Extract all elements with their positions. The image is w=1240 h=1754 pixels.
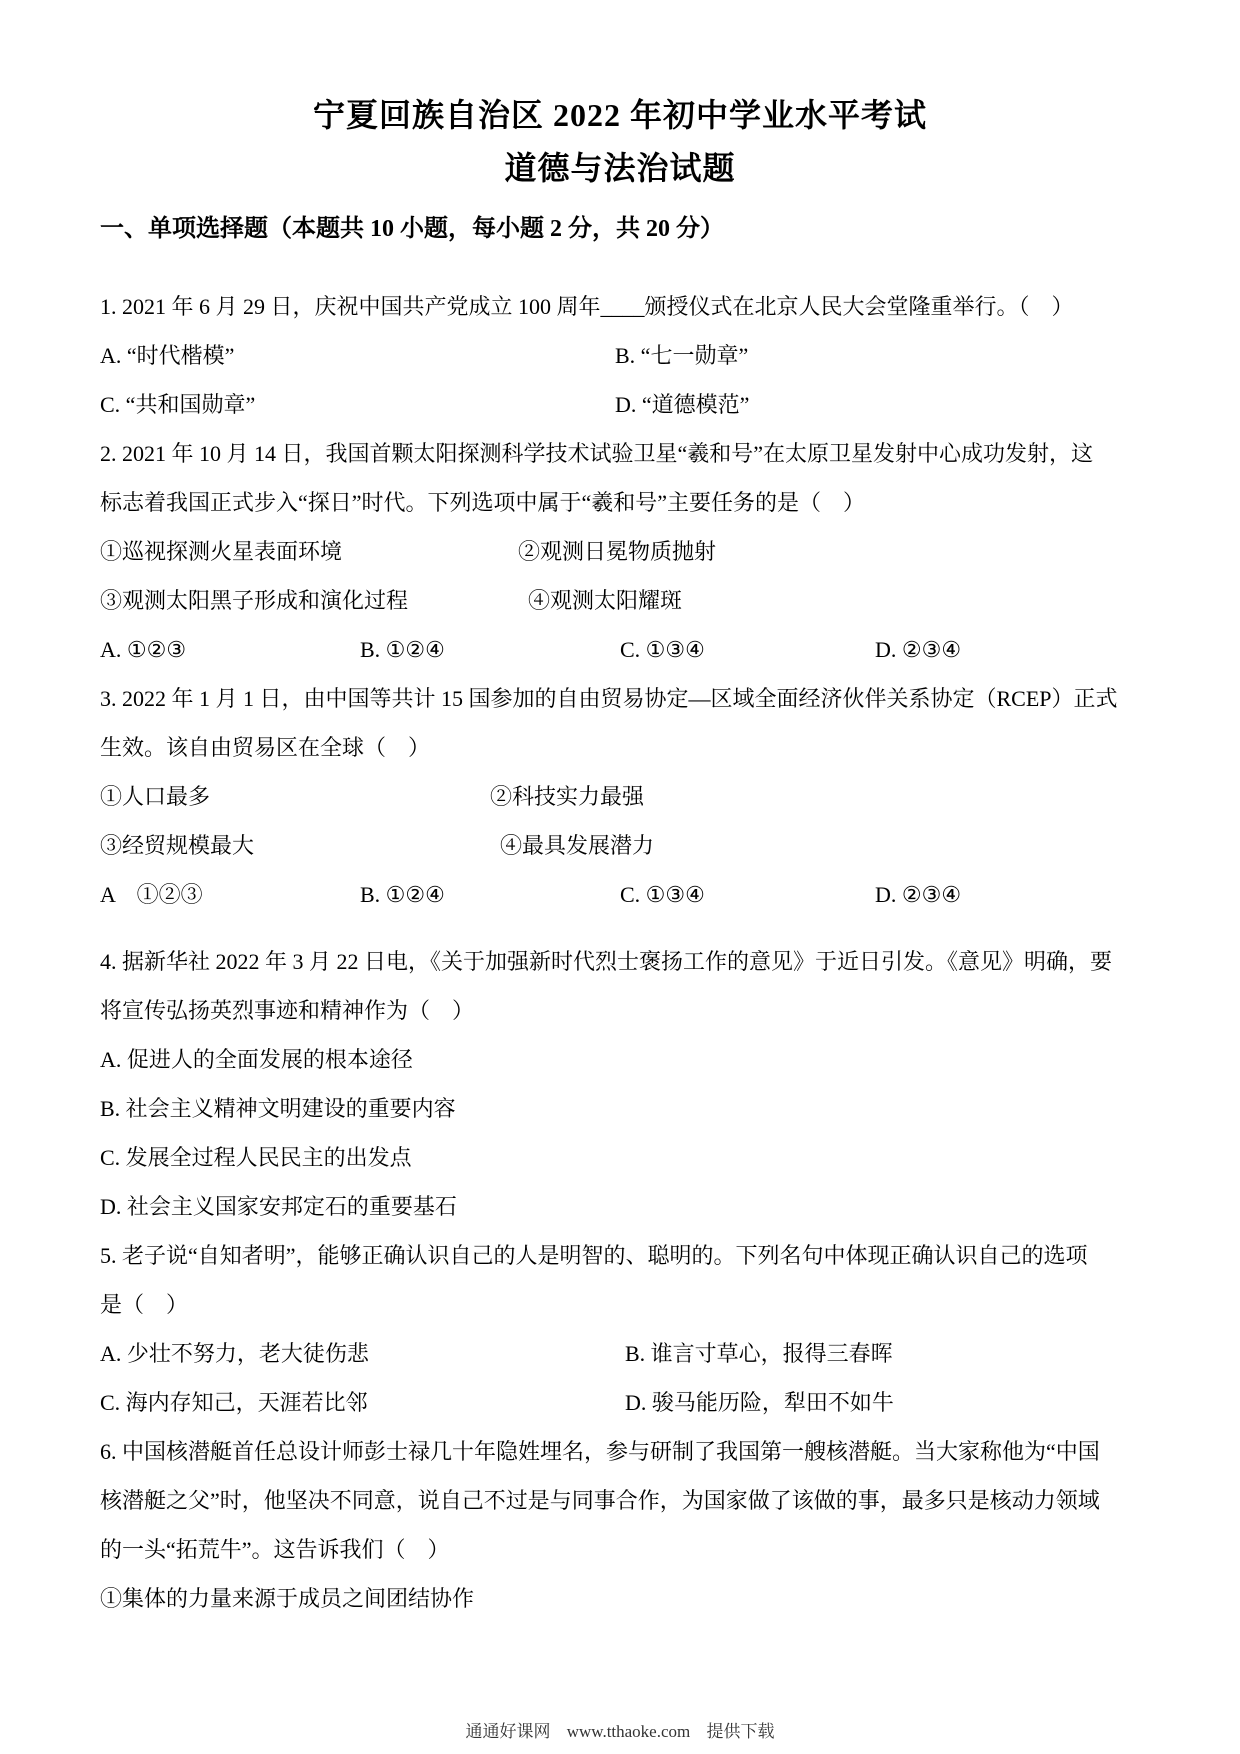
exam-body: 一、单项选择题（本题共 10 小题，每小题 2 分，共 20 分） 1. 202… bbox=[100, 188, 1180, 1623]
question-3-statement-1: ①人口最多 bbox=[100, 784, 210, 809]
question-3-stem-line-1: 3. 2022 年 1 月 1 日，由中国等共计 15 国参加的自由贸易协定—区… bbox=[100, 674, 1180, 723]
question-3-statement-3: ③经贸规模最大 bbox=[100, 833, 254, 858]
question-5-options-row-ab: A. 少壮不努力，老大徒伤悲 B. 谁言寸草心，报得三春晖 bbox=[100, 1329, 1180, 1378]
question-5-option-c: C. 海内存知己，天涯若比邻 bbox=[100, 1390, 368, 1415]
question-1-option-a: A. “时代楷模” bbox=[100, 343, 234, 368]
question-2-statement-4: ④观测太阳耀斑 bbox=[528, 576, 682, 625]
question-3-option-b: B. ①②④ bbox=[360, 870, 445, 919]
question-1-stem: 1. 2021 年 6 月 29 日，庆祝中国共产党成立 100 周年____颁… bbox=[100, 282, 1180, 331]
question-1-option-b: B. “七一勋章” bbox=[615, 331, 748, 380]
question-3-answer-row: A ①②③ B. ①②④ C. ①③④ D. ②③④ bbox=[100, 870, 1180, 919]
question-5-stem-line-2: 是（ ） bbox=[100, 1280, 1180, 1329]
page-footer: 通通好课网 www.tthaoke.com 提供下载 bbox=[0, 1722, 1240, 1742]
question-6-stem-line-1: 6. 中国核潜艇首任总设计师彭士禄几十年隐姓埋名，参与研制了我国第一艘核潜艇。当… bbox=[100, 1427, 1180, 1476]
footer-download-note: 提供下载 bbox=[707, 1722, 775, 1741]
question-2-stem-line-1: 2. 2021 年 10 月 14 日，我国首颗太阳探测科学技术试验卫星“羲和号… bbox=[100, 429, 1180, 478]
document-page: 宁夏回族自治区 2022 年初中学业水平考试 道德与法治试题 一、单项选择题（本… bbox=[0, 0, 1240, 1754]
question-2-statements-row-2: ③观测太阳黑子形成和演化过程 ④观测太阳耀斑 bbox=[100, 576, 1180, 625]
question-1-options-row-ab: A. “时代楷模” B. “七一勋章” bbox=[100, 331, 1180, 380]
question-2-option-a: A. ①②③ bbox=[100, 637, 186, 662]
question-3-statements-row-2: ③经贸规模最大 ④最具发展潜力 bbox=[100, 821, 1180, 870]
question-3-option-a: A ①②③ bbox=[100, 882, 203, 907]
question-2-stem-line-2: 标志着我国正式步入“探日”时代。下列选项中属于“羲和号”主要任务的是（ ） bbox=[100, 478, 1180, 527]
question-1-option-c: C. “共和国勋章” bbox=[100, 392, 255, 417]
section-heading: 一、单项选择题（本题共 10 小题，每小题 2 分，共 20 分） bbox=[100, 205, 1180, 254]
question-3-statements-row-1: ①人口最多 ②科技实力最强 bbox=[100, 772, 1180, 821]
question-3-option-c: C. ①③④ bbox=[620, 870, 705, 919]
question-1-options-row-cd: C. “共和国勋章” D. “道德模范” bbox=[100, 380, 1180, 429]
question-6-stem-line-2: 核潜艇之父”时，他坚决不同意，说自己不过是与同事合作，为国家做了该做的事，最多只… bbox=[100, 1476, 1180, 1525]
question-1-option-d: D. “道德模范” bbox=[615, 380, 749, 429]
question-2-statements-row-1: ①巡视探测火星表面环境 ②观测日冕物质抛射 bbox=[100, 527, 1180, 576]
question-2-option-c: C. ①③④ bbox=[620, 625, 705, 674]
question-5-option-b: B. 谁言寸草心，报得三春晖 bbox=[625, 1329, 893, 1378]
exam-subtitle: 道德与法治试题 bbox=[0, 148, 1240, 188]
question-2-statement-2: ②观测日冕物质抛射 bbox=[518, 527, 716, 576]
footer-url[interactable]: www.tthaoke.com bbox=[567, 1722, 691, 1741]
question-5-option-d: D. 骏马能历险，犁田不如牛 bbox=[625, 1378, 894, 1427]
question-5-option-a: A. 少壮不努力，老大徒伤悲 bbox=[100, 1341, 369, 1366]
question-2-statement-1: ①巡视探测火星表面环境 bbox=[100, 539, 342, 564]
exam-title: 宁夏回族自治区 2022 年初中学业水平考试 bbox=[0, 0, 1240, 135]
question-4-option-c: C. 发展全过程人民民主的出发点 bbox=[100, 1133, 1180, 1182]
question-4-option-a: A. 促进人的全面发展的根本途径 bbox=[100, 1035, 1180, 1084]
question-4-option-b: B. 社会主义精神文明建设的重要内容 bbox=[100, 1084, 1180, 1133]
question-2-answer-row: A. ①②③ B. ①②④ C. ①③④ D. ②③④ bbox=[100, 625, 1180, 674]
question-5-options-row-cd: C. 海内存知己，天涯若比邻 D. 骏马能历险，犁田不如牛 bbox=[100, 1378, 1180, 1427]
question-6-stem-line-3: 的一头“拓荒牛”。这告诉我们（ ） bbox=[100, 1525, 1180, 1574]
footer-site-name: 通通好课网 bbox=[465, 1722, 550, 1741]
question-2-statement-3: ③观测太阳黑子形成和演化过程 bbox=[100, 588, 408, 613]
question-3-stem-line-2: 生效。该自由贸易区在全球（ ） bbox=[100, 723, 1180, 772]
question-2-option-b: B. ①②④ bbox=[360, 625, 445, 674]
question-3-statement-2: ②科技实力最强 bbox=[490, 772, 644, 821]
question-4-option-d: D. 社会主义国家安邦定石的重要基石 bbox=[100, 1182, 1180, 1231]
question-4-stem-line-2: 将宣传弘扬英烈事迹和精神作为（ ） bbox=[100, 986, 1180, 1035]
question-3-option-d: D. ②③④ bbox=[875, 870, 961, 919]
question-4-stem-line-1: 4. 据新华社 2022 年 3 月 22 日电，《关于加强新时代烈士褒扬工作的… bbox=[100, 937, 1180, 986]
question-5-stem-line-1: 5. 老子说“自知者明”，能够正确认识自己的人是明智的、聪明的。下列名句中体现正… bbox=[100, 1231, 1180, 1280]
question-6-statement-1: ①集体的力量来源于成员之间团结协作 bbox=[100, 1574, 1180, 1623]
question-2-option-d: D. ②③④ bbox=[875, 625, 961, 674]
question-3-statement-4: ④最具发展潜力 bbox=[500, 821, 654, 870]
